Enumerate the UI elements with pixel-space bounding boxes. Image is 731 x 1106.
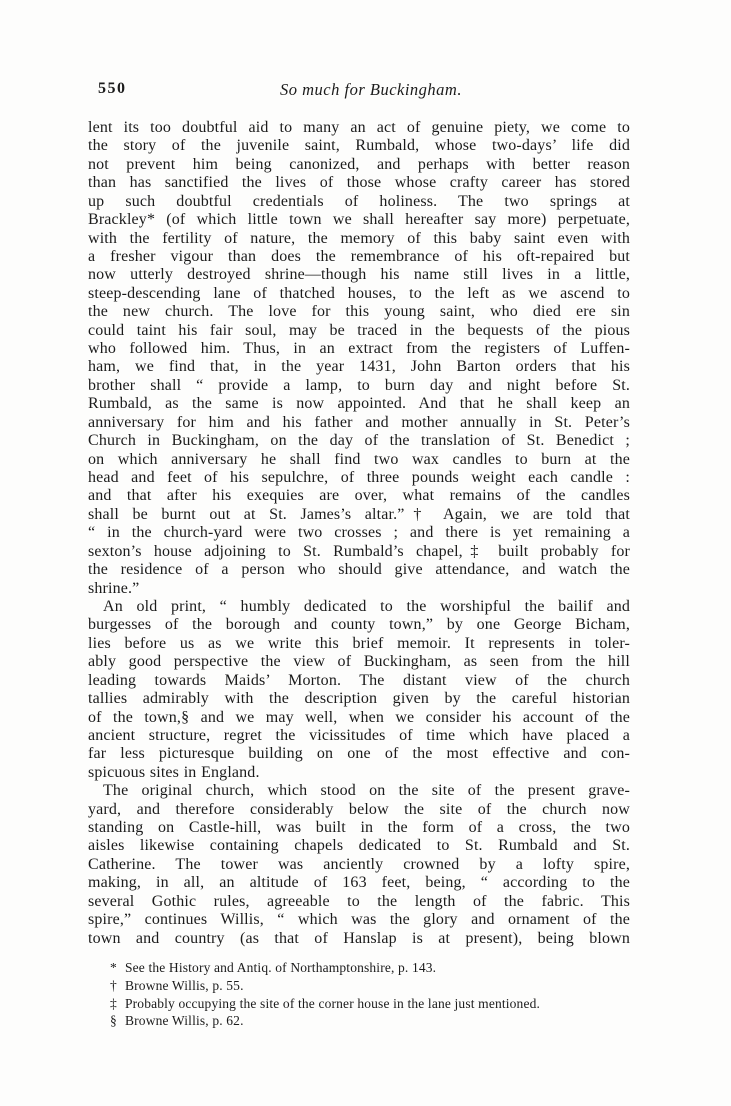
footnote-text: See the History and Antiq. of Northampto… bbox=[125, 960, 436, 975]
text-line: lies before us as we write this brief me… bbox=[88, 635, 630, 653]
footnote-symbol: † bbox=[110, 977, 125, 995]
text-line: burgesses of the borough and county town… bbox=[88, 616, 630, 634]
text-line: tallies admirably with the description g… bbox=[88, 690, 630, 708]
text-line: anniversary for him and his father and m… bbox=[88, 414, 630, 432]
text-line: could taint his fair soul, may be traced… bbox=[88, 322, 630, 340]
footnote-text: Browne Willis, p. 55. bbox=[125, 978, 244, 993]
footnote: *See the History and Antiq. of Northampt… bbox=[88, 959, 630, 977]
text-line: Brackley* (of which little town we shall… bbox=[88, 211, 630, 229]
text-line: sexton’s house adjoining to St. Rumbald’… bbox=[88, 543, 630, 561]
text-line: spicuous sites in England. bbox=[88, 764, 630, 782]
text-line: head and feet of his sepulchre, of three… bbox=[88, 469, 630, 487]
text-line: steep-descending lane of thatched houses… bbox=[88, 285, 630, 303]
text-line: on which anniversary he shall find two w… bbox=[88, 451, 630, 469]
text-line: Rumbald, as the same is now appointed. A… bbox=[88, 395, 630, 413]
text-line: the story of the juvenile saint, Rumbald… bbox=[88, 137, 630, 155]
book-page: 550 So much for Buckingham. lent its too… bbox=[0, 0, 731, 1106]
text-line: with the fertility of nature, the memory… bbox=[88, 230, 630, 248]
text-line: far less picturesque building on one of … bbox=[88, 745, 630, 763]
running-title: So much for Buckingham. bbox=[112, 80, 630, 100]
text-line: yard, and therefore considerably below t… bbox=[88, 801, 630, 819]
text-line: aisles likewise containing chapels dedic… bbox=[88, 837, 630, 855]
text-line: lent its too doubtful aid to many an act… bbox=[88, 119, 630, 137]
text-line: leading towards Maids’ Morton. The dista… bbox=[88, 672, 630, 690]
footnotes: *See the History and Antiq. of Northampt… bbox=[88, 959, 630, 1030]
text-line: not prevent him being canonized, and per… bbox=[88, 156, 630, 174]
text-line: brother shall “ provide a lamp, to burn … bbox=[88, 377, 630, 395]
text-line: Catherine. The tower was anciently crown… bbox=[88, 856, 630, 874]
text-line: shall be burnt out at St. James’s altar.… bbox=[88, 506, 630, 524]
footnote: §Browne Willis, p. 62. bbox=[88, 1012, 630, 1030]
text-line: the residence of a person who should giv… bbox=[88, 561, 630, 579]
footnote: ‡Probably occupying the site of the corn… bbox=[88, 995, 630, 1013]
text-line: spire,” continues Willis, “ which was th… bbox=[88, 911, 630, 929]
text-line: several Gothic rules, agreeable to the l… bbox=[88, 893, 630, 911]
text-line: shrine.” bbox=[88, 580, 630, 598]
text-line: ham, we find that, in the year 1431, Joh… bbox=[88, 358, 630, 376]
text-line: The original church, which stood on the … bbox=[88, 782, 630, 800]
text-line: town and country (as that of Hanslap is … bbox=[88, 930, 630, 948]
body-text: lent its too doubtful aid to many an act… bbox=[88, 119, 630, 948]
footnote-text: Probably occupying the site of the corne… bbox=[125, 996, 540, 1011]
footnote: †Browne Willis, p. 55. bbox=[88, 977, 630, 995]
text-line: ably good perspective the view of Buckin… bbox=[88, 653, 630, 671]
text-line: ancient structure, regret the vicissitud… bbox=[88, 727, 630, 745]
footnote-text: Browne Willis, p. 62. bbox=[125, 1013, 244, 1028]
footnote-symbol: * bbox=[110, 959, 125, 977]
text-line: the new church. The love for this young … bbox=[88, 303, 630, 321]
text-line: An old print, “ humbly dedicated to the … bbox=[88, 598, 630, 616]
text-line: than has sanctified the lives of those w… bbox=[88, 174, 630, 192]
text-line: now utterly destroyed shrine—though his … bbox=[88, 266, 630, 284]
text-line: who followed him. Thus, in an extract fr… bbox=[88, 340, 630, 358]
text-line: up such doubtful credentials of holiness… bbox=[88, 193, 630, 211]
footnote-symbol: ‡ bbox=[110, 995, 125, 1013]
page-header: 550 So much for Buckingham. bbox=[88, 80, 630, 102]
text-line: a fresher vigour than does the remembran… bbox=[88, 248, 630, 266]
text-line: making, in all, an altitude of 163 feet,… bbox=[88, 874, 630, 892]
footnote-symbol: § bbox=[110, 1012, 125, 1030]
text-line: and that after his exequies are over, wh… bbox=[88, 487, 630, 505]
text-line: Church in Buckingham, on the day of the … bbox=[88, 432, 630, 450]
text-line: standing on Castle-hill, was built in th… bbox=[88, 819, 630, 837]
text-line: “ in the church-yard were two crosses ; … bbox=[88, 524, 630, 542]
text-line: of the town,§ and we may well, when we c… bbox=[88, 709, 630, 727]
